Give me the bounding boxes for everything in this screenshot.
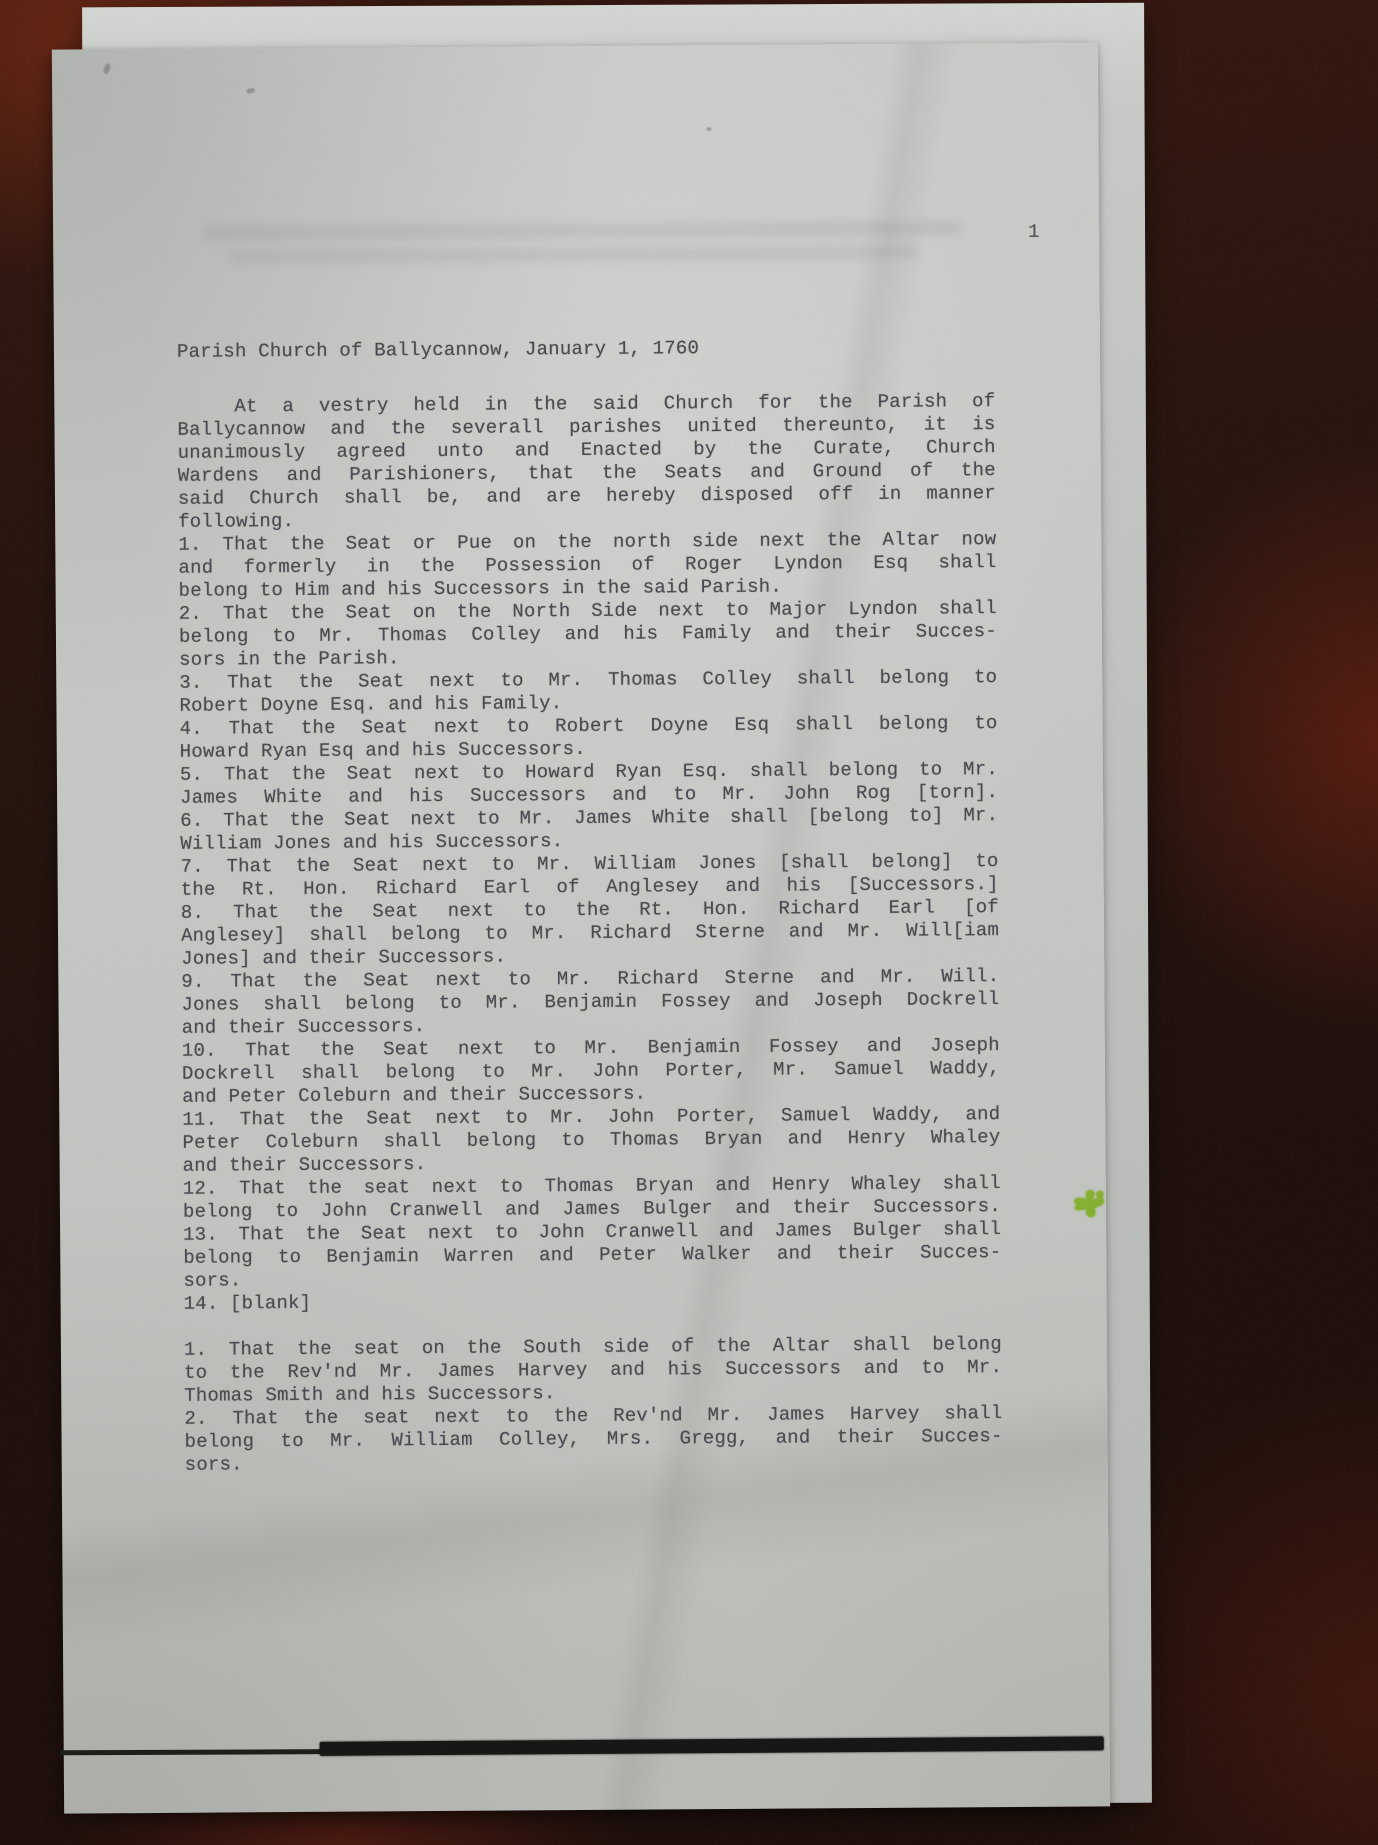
bleedthrough-smudge bbox=[203, 221, 963, 239]
scan-artifact-line bbox=[60, 1749, 328, 1755]
paper-speck bbox=[246, 87, 256, 94]
document-heading: Parish Church of Ballycannow, January 1,… bbox=[177, 335, 995, 364]
paper-speck bbox=[706, 127, 711, 131]
paper-speck bbox=[102, 63, 111, 75]
document-body: At a vestry held in the said Church for … bbox=[177, 390, 1003, 1477]
scan-artifact-bar bbox=[320, 1736, 1104, 1755]
bleedthrough-smudge bbox=[228, 247, 918, 263]
paper-sheet: 1 Parish Church of Ballycannow, January … bbox=[52, 42, 1110, 1813]
page-number: 1 bbox=[1028, 221, 1040, 243]
photo-of-document: 1 Parish Church of Ballycannow, January … bbox=[0, 0, 1378, 1845]
green-highlight-mark bbox=[1062, 1182, 1118, 1230]
